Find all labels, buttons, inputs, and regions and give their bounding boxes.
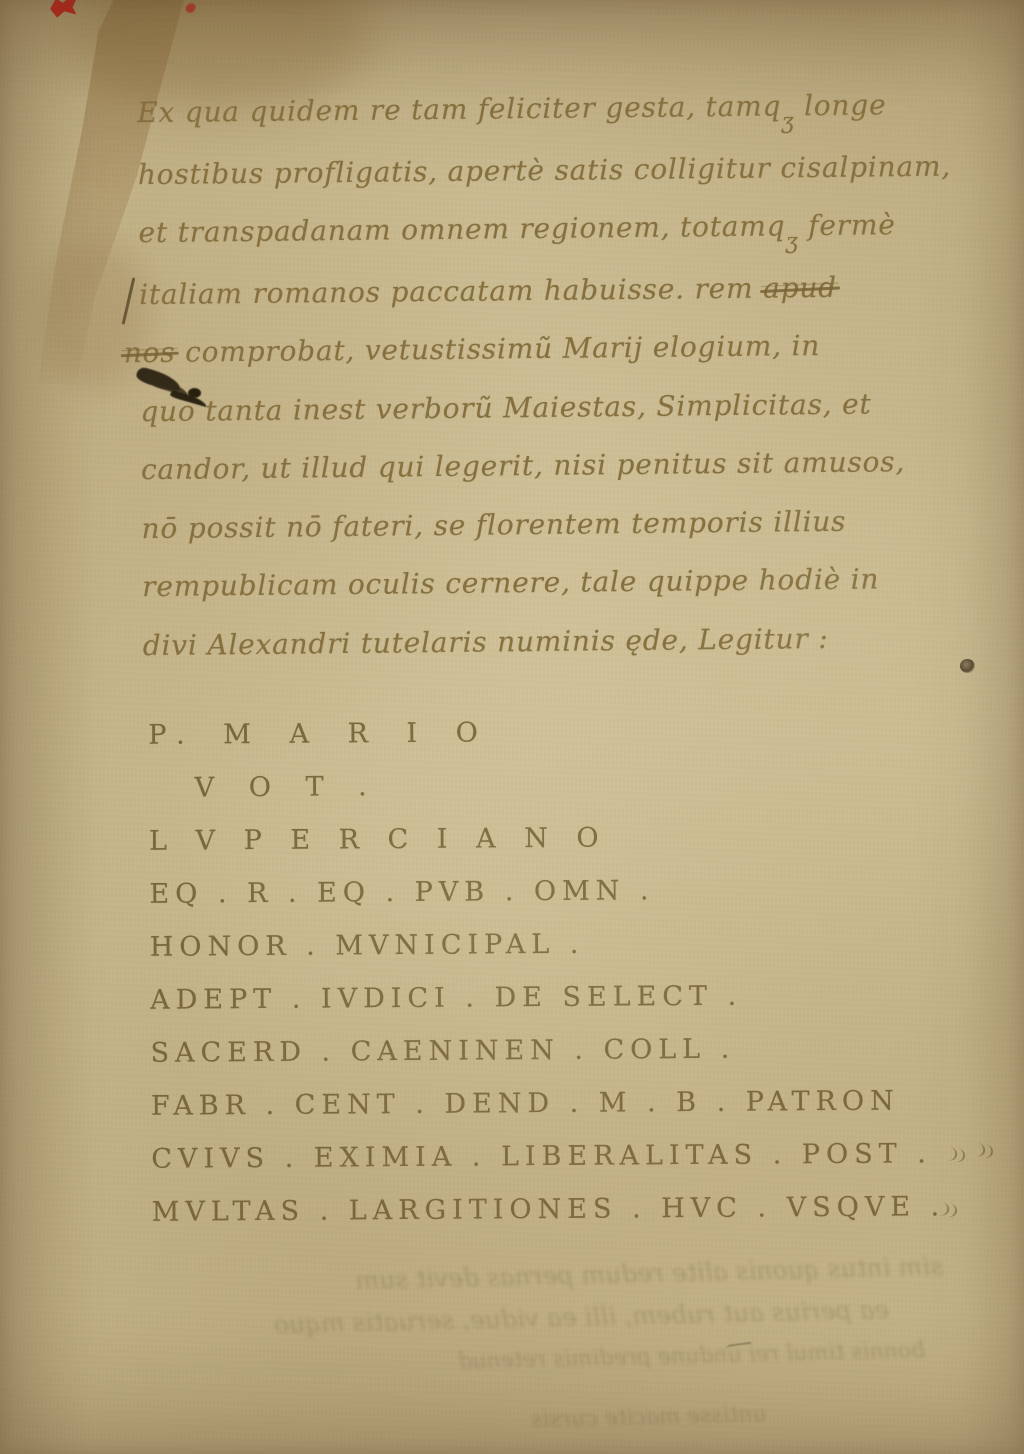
manuscript-word: quo tanta inest verborũ Maiestas, Simpli…	[140, 387, 871, 428]
manuscript-line: italiam romanos paccatam habuisse. rem a…	[139, 257, 930, 324]
manuscript-word: comprobat, vetustissimũ Marij elogium, i…	[175, 329, 820, 369]
struck-word: apud	[763, 270, 837, 304]
inscription-line: V O T .	[195, 756, 943, 814]
manuscript-word: longe	[794, 88, 886, 122]
inscription-line: EQ . R . EQ . PVB . OMN .	[149, 862, 943, 921]
manuscript-word: divi Alexandri tutelaris numinis ęde, Le…	[143, 621, 829, 661]
inscription-line: SACERD . CAENINEN . COLL .	[150, 1021, 944, 1080]
inscription-line: HONOR . MVNICIPAL .	[150, 915, 944, 974]
inscription-line: CVIVS . EXIMIA . LIBERALITAS . POST .	[151, 1127, 945, 1186]
paper-hole-spot	[960, 659, 975, 673]
inscription-line: ADEPT . IVDICI . DE SELECT .	[150, 968, 944, 1027]
manuscript-word: fermè	[798, 208, 895, 242]
manuscript-line: hostibus profligatis, apertè satis colli…	[138, 137, 929, 204]
manuscript-word: et transpadanam omnem regionem, totamq	[138, 209, 785, 249]
margin-pen-mark	[939, 1202, 957, 1220]
manuscript-word: candor, ut illud qui legerit, nisi penit…	[141, 445, 905, 486]
manuscript-line: divi Alexandri tutelaris numinis ęde, Le…	[143, 608, 934, 675]
margin-pen-mark	[975, 1143, 993, 1161]
inscription-line: MVLTAS . LARGITIONES . HVC . VSQVE .	[151, 1180, 945, 1239]
struck-word: nos	[124, 336, 176, 370]
bleedthrough-line: untisse macite cursis	[96, 1394, 767, 1452]
ink-blot-dot	[188, 388, 201, 398]
manuscript-line: candor, ut illud qui legerit, nisi penit…	[141, 433, 932, 500]
manuscript-page: Ex qua quidem re tam feliciter gesta, ta…	[0, 0, 1024, 1454]
manuscript-line: rempublicam oculis cernere, tale quippe …	[142, 550, 933, 617]
margin-pen-mark	[947, 1147, 965, 1165]
inscription-line: FABR . CENT . DEND . M . B . PATRON	[151, 1074, 945, 1133]
manuscript-line: Ex qua quidem re tam feliciter gesta, ta…	[137, 76, 928, 146]
manuscript-word: Ex qua quidem re tam feliciter gesta, ta…	[137, 89, 781, 129]
manuscript-line: nō possit nō fateri, se florentem tempor…	[141, 491, 932, 558]
manuscript-word: hostibus profligatis, apertè satis colli…	[138, 149, 951, 191]
inscription-line: P. M A R I O	[148, 703, 942, 762]
inscription-line: L V P E R C I A N O	[149, 809, 943, 868]
inscription-text-block: P. M A R I OV O T .L V P E R C I A N OEQ…	[148, 703, 945, 1239]
manuscript-line: et transpadanam omnem regionem, totamqʒ …	[138, 196, 929, 266]
manuscript-line: nos comprobat, vetustissimũ Marij elogiu…	[123, 316, 930, 383]
bleedthrough-text: sim intus quonis alite redum pernas devi…	[93, 1246, 947, 1453]
manuscript-word: ʒ	[781, 93, 795, 152]
manuscript-word: ʒ	[785, 213, 799, 272]
cursive-text-block: Ex qua quidem re tam feliciter gesta, ta…	[137, 76, 933, 675]
manuscript-line: quo tanta inest verborũ Maiestas, Simpli…	[140, 374, 931, 441]
manuscript-word: nō possit nō fateri, se florentem tempor…	[141, 504, 846, 544]
manuscript-word: rempublicam oculis cernere, tale quippe …	[142, 562, 879, 603]
manuscript-word: italiam romanos paccatam habuisse. rem	[139, 271, 763, 311]
